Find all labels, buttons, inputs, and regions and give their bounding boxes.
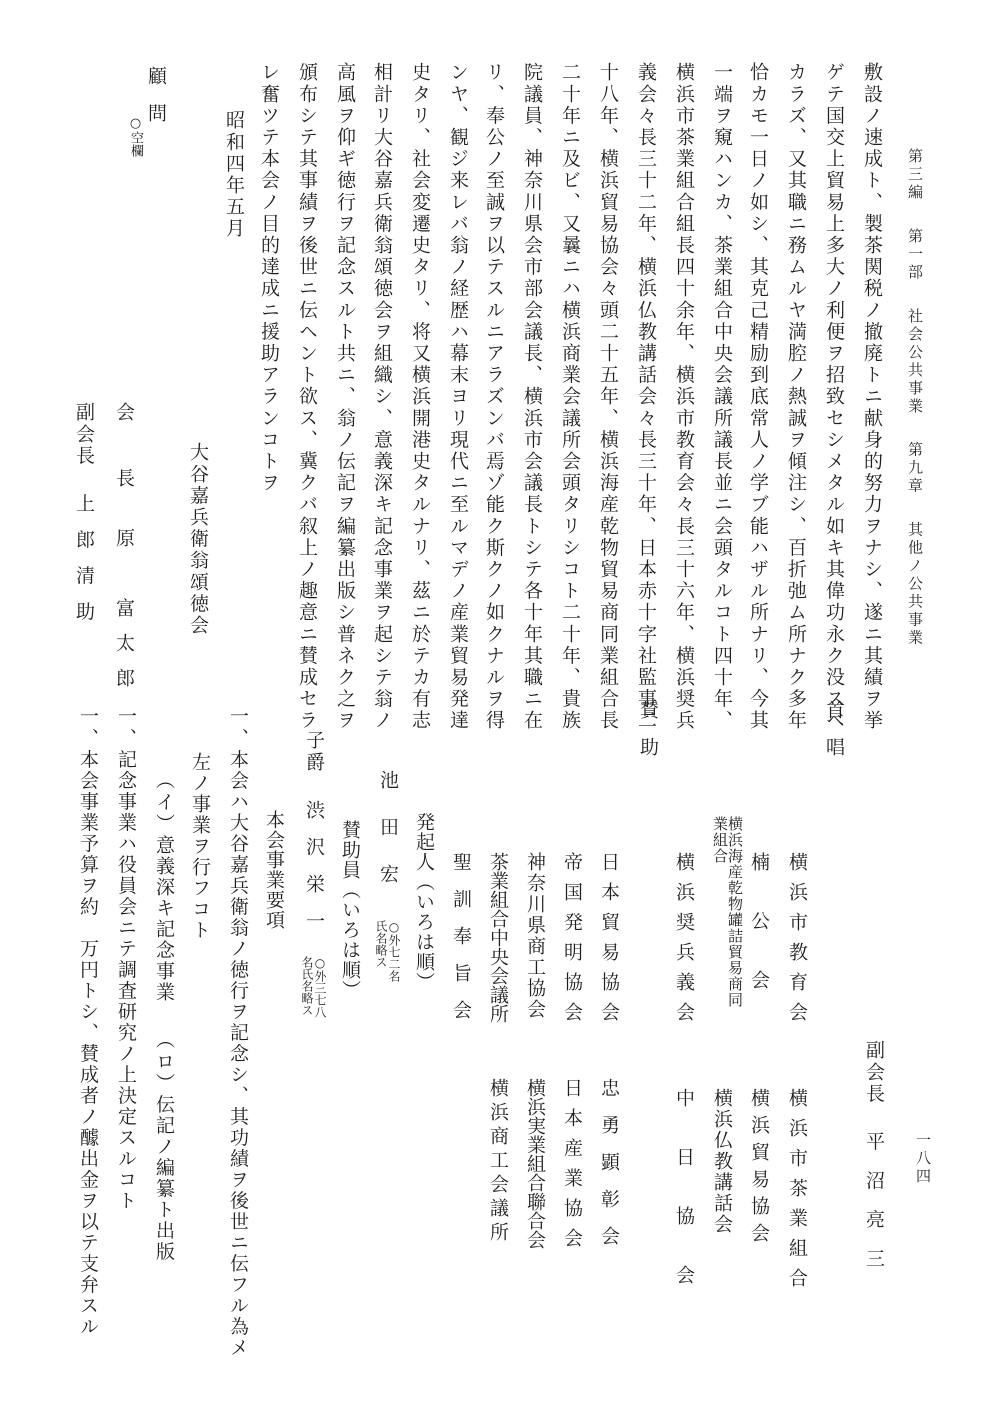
body-line: 敷設ノ速成ト、製茶関税ノ撤廃トニ献身的努力ヲナシ、遂ニ其績ヲ挙	[860, 62, 884, 732]
supporters-label: 賛助	[636, 700, 660, 774]
org-item: 忠勇顕彰会	[597, 1078, 621, 1263]
body-line: 頒布シテ其事績ヲ後世ニ伝ヘント欲ス、冀クバ叙上ノ趣意ニ賛成セラ	[295, 62, 319, 732]
org-item: 中日協会	[672, 1088, 696, 1324]
body-line: 二十年ニ及ビ、又曩ニハ横浜商業会議所会頭タリシコト二十年、貴族	[558, 62, 582, 732]
officer-name: 原 富太郎	[113, 528, 135, 703]
officer-vice-president: 副会長 上郎清助	[72, 402, 96, 637]
org-item: 神奈川県商工協会	[523, 852, 547, 1020]
body-line: 義会々長三十二年、横浜仏教講話会々長三十年、日本赤十字社監事二	[634, 62, 658, 732]
header-section: 第一部	[906, 228, 924, 282]
header-chapter-title: 其他ノ公共事業	[906, 521, 924, 647]
document-date: 昭和四年五月	[222, 110, 246, 240]
member-name: 渋沢栄一	[303, 800, 325, 948]
founder-note: ○外七二名 氏名略ス	[374, 920, 400, 982]
body-line: 横浜市茶業組合組長四十余年、横浜市教育会々長三十六年、横浜奨兵	[672, 62, 696, 732]
officer-title: 会 長	[113, 402, 135, 501]
body-line: ゲテ国交上貿易上多大ノ利便ヲ招致セシメタル如キ其偉功永ク没スベ	[822, 62, 846, 732]
officer-title: 副会長	[73, 402, 95, 467]
org-item: 日本産業協会	[560, 1078, 584, 1258]
outline-subitems: （イ）意義深キ記念事業 （ロ）伝記ノ編纂ト出版	[152, 770, 176, 1262]
org-item: 茶業組合中央会議所	[486, 852, 510, 1023]
advisor-label: 顧問	[144, 66, 168, 140]
vice-president-hiranuma: 副会長 平沼亮三	[862, 1040, 886, 1287]
header-section-title: 社会公共事業	[906, 308, 924, 416]
body-line: カラズ、又其職ニ務ムルヤ満腔ノ熱誠ヲ傾注シ、百折弛ム所ナク多年	[784, 62, 808, 732]
officer-name: 上郎清助	[73, 493, 95, 637]
org-item: 聖訓奉旨会	[449, 852, 473, 1037]
header-chapter: 第九章	[906, 441, 924, 495]
body-line: 恰カモ一日ノ如シ、其克己精励到底常人ノ学ブ能ハザル所ナリ、今其	[746, 62, 770, 732]
org-item: 横浜仏教講話会	[710, 1088, 734, 1235]
founder-entry: 池田宏 ○外七二名 氏名略ス	[374, 770, 400, 982]
body-line: 院議員、神奈川県会市部会議長、横浜市会議長トシテ各十年其職ニ在	[520, 62, 544, 732]
advisor-note: ○空欄	[128, 116, 143, 157]
org-item: 横浜奨兵義会	[672, 852, 696, 1032]
body-line: 史タリ、社会変遷史タリ、将又横浜開港史タルナリ、茲ニ於テカ有志	[408, 62, 432, 732]
org-item: 帝国発明協会	[560, 852, 584, 1032]
org-item: 日本貿易協会	[597, 852, 621, 1032]
member-rank: 子爵	[303, 730, 325, 773]
page-number: 一八四	[911, 1132, 935, 1186]
founders-label: 発起人（いろは順）	[412, 812, 436, 992]
outline-item-1-continuation: 左ノ事業ヲ行フコト	[188, 752, 212, 941]
body-line: 高風ヲ仰ギ徳行ヲ記念スルト共ニ、翁ノ伝記ヲ編纂出版シ普ネク之ヲ	[333, 62, 357, 732]
outline-title: 本会事業要項	[262, 810, 286, 930]
outline-item-2: 一、記念事業ハ役員会ニテ調査研究ノ上決定スルコト	[114, 706, 138, 1211]
org-item: 横浜市教育会	[785, 852, 809, 1032]
officer-president: 会 長 原 富太郎	[112, 402, 136, 703]
supporting-members-label: 賛助員（いろは順）	[338, 820, 362, 1000]
header-part: 第三編	[906, 148, 924, 202]
running-header: 第三編 第一部 社会公共事業 第九章 其他ノ公共事業	[903, 148, 927, 647]
org-item: 楠公会	[747, 852, 771, 1029]
organization-name: 大谷嘉兵衛翁頌徳会	[186, 442, 210, 636]
outline-item-3: 一、本会事業予算ヲ約 万円トシ、賛成者ノ醵出金ヲ以テ支弁スル	[76, 706, 100, 1337]
founder-name: 池田宏	[377, 770, 399, 911]
org-item: 横浜貿易協会	[747, 1088, 771, 1250]
org-item: 横浜実業組合聯合会	[523, 1078, 547, 1249]
body-line: レ奮ツテ本会ノ目的達成ニ援助アランコトヲ	[257, 62, 281, 494]
org-item-long: 横浜海産乾物罐詰貿易商同業組合	[712, 816, 742, 1016]
supporting-member-entry: 子爵 渋沢栄一 ○外三七八 名氏名略ス	[300, 730, 326, 1018]
member-note: ○外三七八 名氏名略ス	[300, 956, 326, 1018]
body-line: リ、奉公ノ至誠ヲ以テスルニアラズンバ焉ゾ能ク斯クノ如クナルヲ得	[482, 62, 506, 732]
org-item: 横浜商工会議所	[486, 1078, 510, 1246]
body-line: 十八年、横浜貿易協会々頭二十五年、横浜海産乾物貿易商同業組合長	[596, 62, 620, 732]
body-line: 一端ヲ窺ハンカ、茶業組合中央会議所議長並ニ会頭タルコト四十年、	[710, 62, 734, 732]
body-line: 相計リ大谷嘉兵衛翁頌徳会ヲ組織シ、意義深キ記念事業ヲ起シテ翁ノ	[370, 62, 394, 732]
outline-item-1: 一、本会ハ大谷嘉兵衛翁ノ徳行ヲ記念シ、其功績ヲ後世ニ伝フル為メ	[226, 706, 250, 1358]
org-item: 横浜市茶業組合	[785, 1088, 809, 1298]
body-line: ンヤ、観ジ来レバ翁ノ経歴ハ幕末ヨリ現代ニ至ルマデノ産業貿易発達	[446, 62, 470, 732]
proposers-label: 首唱	[822, 700, 846, 774]
